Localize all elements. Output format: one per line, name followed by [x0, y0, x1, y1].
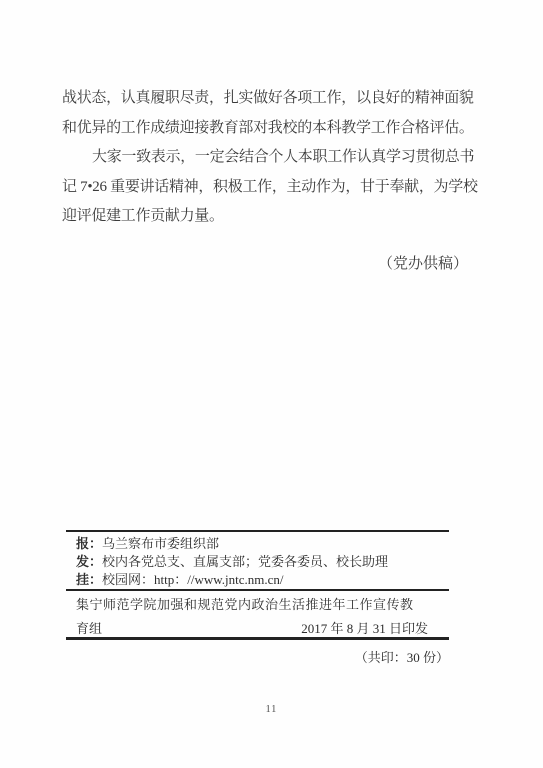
- body-line: 迎评促建工作贡献力量。: [62, 202, 480, 232]
- page-number: 11: [0, 704, 543, 715]
- issuer-date-row: 育组 2017 年 8 月 31 日印发: [76, 618, 428, 637]
- issuer-name-line2: 育组: [76, 618, 102, 637]
- document-page: 战状态，认真履职尽责，扎实做好各项工作，以良好的精神面貌 和优异的工作成绩迎接教…: [0, 0, 543, 768]
- divider-top: [66, 530, 449, 532]
- distribution-label: 挂：: [76, 572, 102, 587]
- divider-bottom: [66, 637, 449, 640]
- copies-count: （共印：30 份）: [66, 647, 449, 666]
- divider-middle: [66, 589, 449, 591]
- distribution-value: 校内各党总支、直属支部；党委各委员、校长助理: [102, 554, 388, 569]
- byline: （党办供稿）: [62, 252, 480, 273]
- distribution-value: 校园网：http：//www.jntc.nm.cn/: [102, 572, 284, 587]
- distribution-row-report: 报：乌兰察布市委组织部: [76, 535, 449, 553]
- distribution-row-issue: 发：校内各党总支、直属支部；党委各委员、校长助理: [76, 553, 449, 571]
- body-line: 战状态，认真履职尽责，扎实做好各项工作，以良好的精神面貌: [62, 84, 480, 114]
- body-text: 战状态，认真履职尽责，扎实做好各项工作，以良好的精神面貌 和优异的工作成绩迎接教…: [62, 84, 480, 232]
- distribution-label: 发：: [76, 554, 102, 569]
- print-date: 2017 年 8 月 31 日印发: [301, 618, 428, 637]
- body-line: 记 7•26 重要讲话精神，积极工作，主动作为，甘于奉献，为学校: [62, 173, 480, 203]
- body-line: 和优异的工作成绩迎接教育部对我校的本科教学工作合格评估。: [62, 114, 480, 144]
- distribution-label: 报：: [76, 536, 102, 551]
- distribution-value: 乌兰察布市委组织部: [102, 536, 219, 551]
- distribution-row-web: 挂：校园网：http：//www.jntc.nm.cn/: [76, 571, 449, 589]
- footer-block: 报：乌兰察布市委组织部 发：校内各党总支、直属支部；党委各委员、校长助理 挂：校…: [66, 530, 449, 675]
- issuer-name-line1: 集宁师范学院加强和规范党内政治生活推进年工作宣传教: [76, 594, 449, 613]
- body-line: 大家一致表示，一定会结合个人本职工作认真学习贯彻总书: [62, 143, 480, 173]
- distribution-list: 报：乌兰察布市委组织部 发：校内各党总支、直属支部；党委各委员、校长助理 挂：校…: [76, 535, 449, 589]
